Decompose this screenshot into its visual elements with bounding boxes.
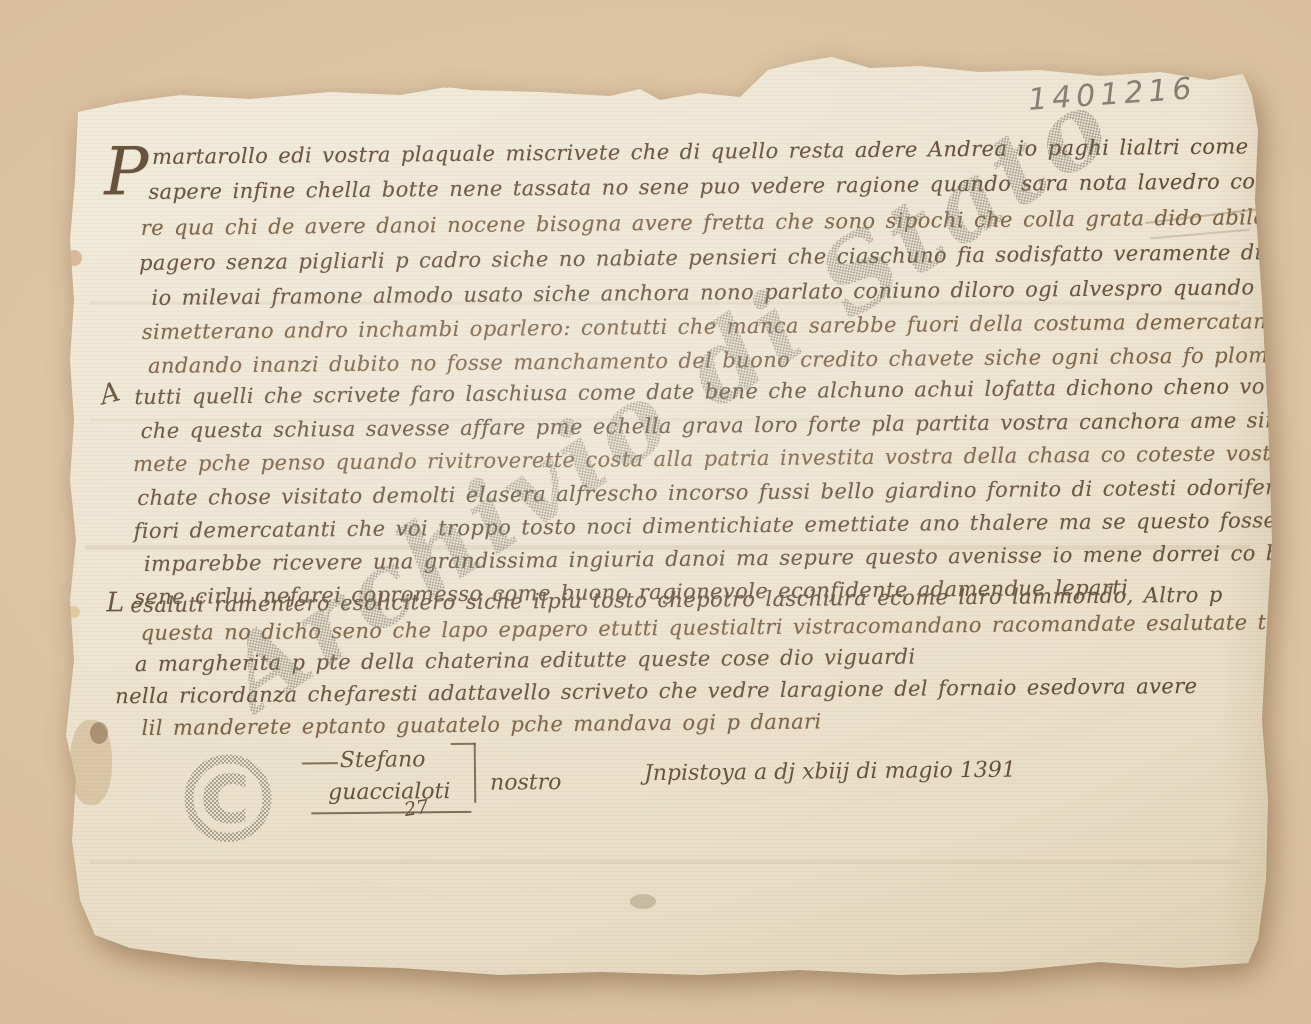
stain <box>443 79 452 88</box>
paragraph-initial: P <box>104 142 149 202</box>
manuscript-line: fiori demercatanti che voi troppo tosto … <box>134 508 1311 544</box>
copyright-watermark-icon: © <box>168 742 288 862</box>
signature-number: 27 <box>403 798 430 820</box>
signature-name: Stefano <box>340 749 426 772</box>
scanned-document-page: { "annotations": { "archive_number": "14… <box>0 0 1311 1024</box>
paper-shadow-wrap: 1401216 P martarollo edi vostra plaquale… <box>0 0 1311 1024</box>
manuscript-line: re qua chi de avere danoi nocene bisogna… <box>141 204 1311 240</box>
paragraph-initial: A <box>97 378 123 409</box>
manuscript-line: sapere infine chella botte nene tassata … <box>148 168 1311 204</box>
signature-bracket <box>474 743 477 803</box>
dateline: Jnpistoya a dj xbiij di magio 1391 <box>644 760 1016 786</box>
signature-flourish <box>302 762 338 764</box>
manuscript-line: mete pche penso quando rivitroverette co… <box>133 440 1311 476</box>
manuscript-line: pagero senza pigliarli p cadro siche no … <box>139 239 1311 275</box>
signature-flourish <box>311 811 471 815</box>
paper-sheet: 1401216 P martarollo edi vostra plaquale… <box>0 0 1311 1024</box>
manuscript-line: martarollo edi vostra plaquale miscrivet… <box>152 134 1311 169</box>
signature-bracket <box>451 743 476 745</box>
signature-name: guaccialoti <box>328 781 451 804</box>
paragraph-initial: L <box>106 589 124 616</box>
manuscript-line: chate chose visitato demolti elasera alf… <box>137 475 1283 510</box>
signature-suffix: nostro <box>490 772 562 795</box>
